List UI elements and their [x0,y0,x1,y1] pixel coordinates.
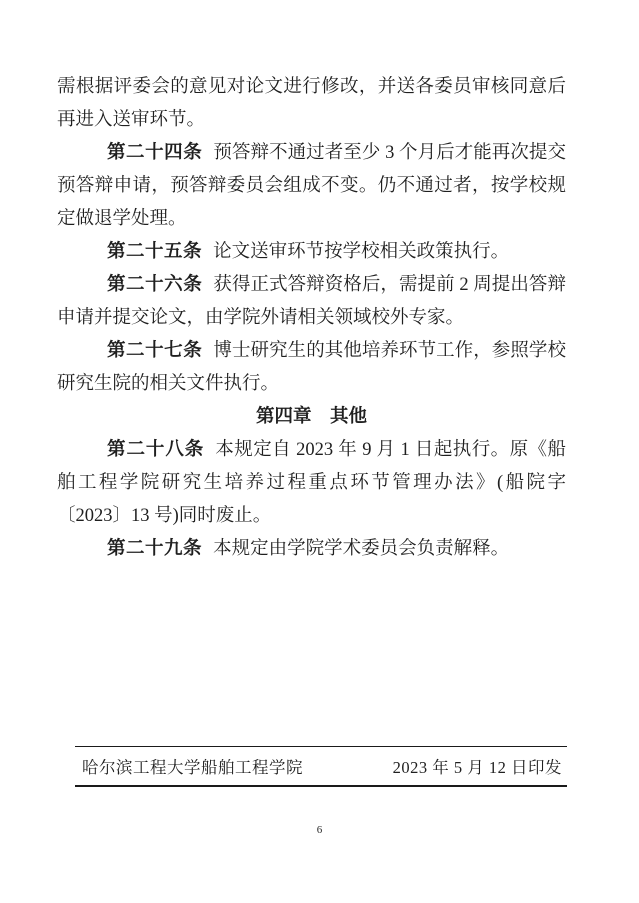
article-25-text: 论文送审环节按学校相关政策执行。 [213,242,509,262]
footer-print-date: 2023 年 5 月 12 日印发 [393,754,562,778]
article-28: 第二十八条本规定自 2023 年 9 月 1 日起执行。原《船舶工程学院研究生培… [57,434,566,533]
article-28-number: 第二十八条 [107,440,204,460]
article-25-number: 第二十五条 [107,242,202,262]
article-26-number: 第二十六条 [107,275,202,295]
paragraph-continuation-text: 需根据评委会的意见对论文进行修改，并送各委员审核同意后再进入送审环节。 [57,77,566,130]
paragraph-continuation: 需根据评委会的意见对论文进行修改，并送各委员审核同意后再进入送审环节。 [57,71,566,137]
article-24: 第二十四条预答辩不通过者至少 3 个月后才能再次提交预答辩申请，预答辩委员会组成… [57,137,566,236]
article-24-number: 第二十四条 [107,143,202,163]
document-body: 需根据评委会的意见对论文进行修改，并送各委员审核同意后再进入送审环节。 第二十四… [57,71,566,566]
footer-issuer: 哈尔滨工程大学船舶工程学院 [82,754,303,778]
article-25: 第二十五条论文送审环节按学校相关政策执行。 [57,236,566,269]
article-29-number: 第二十九条 [107,539,202,559]
chapter-heading: 第四章 其他 [57,401,566,434]
document-page: 需根据评委会的意见对论文进行修改，并送各委员审核同意后再进入送审环节。 第二十四… [0,0,639,903]
page-number: 6 [0,824,639,836]
article-27-number: 第二十七条 [107,341,202,361]
article-26: 第二十六条获得正式答辩资格后，需提前 2 周提出答辩申请并提交论文，由学院外请相… [57,269,566,335]
article-29: 第二十九条本规定由学院学术委员会负责解释。 [57,533,566,566]
article-27: 第二十七条博士研究生的其他培养环节工作，参照学校研究生院的相关文件执行。 [57,335,566,401]
article-29-text: 本规定由学院学术委员会负责解释。 [213,539,509,559]
footer-colophon: 哈尔滨工程大学船舶工程学院 2023 年 5 月 12 日印发 [75,746,567,787]
